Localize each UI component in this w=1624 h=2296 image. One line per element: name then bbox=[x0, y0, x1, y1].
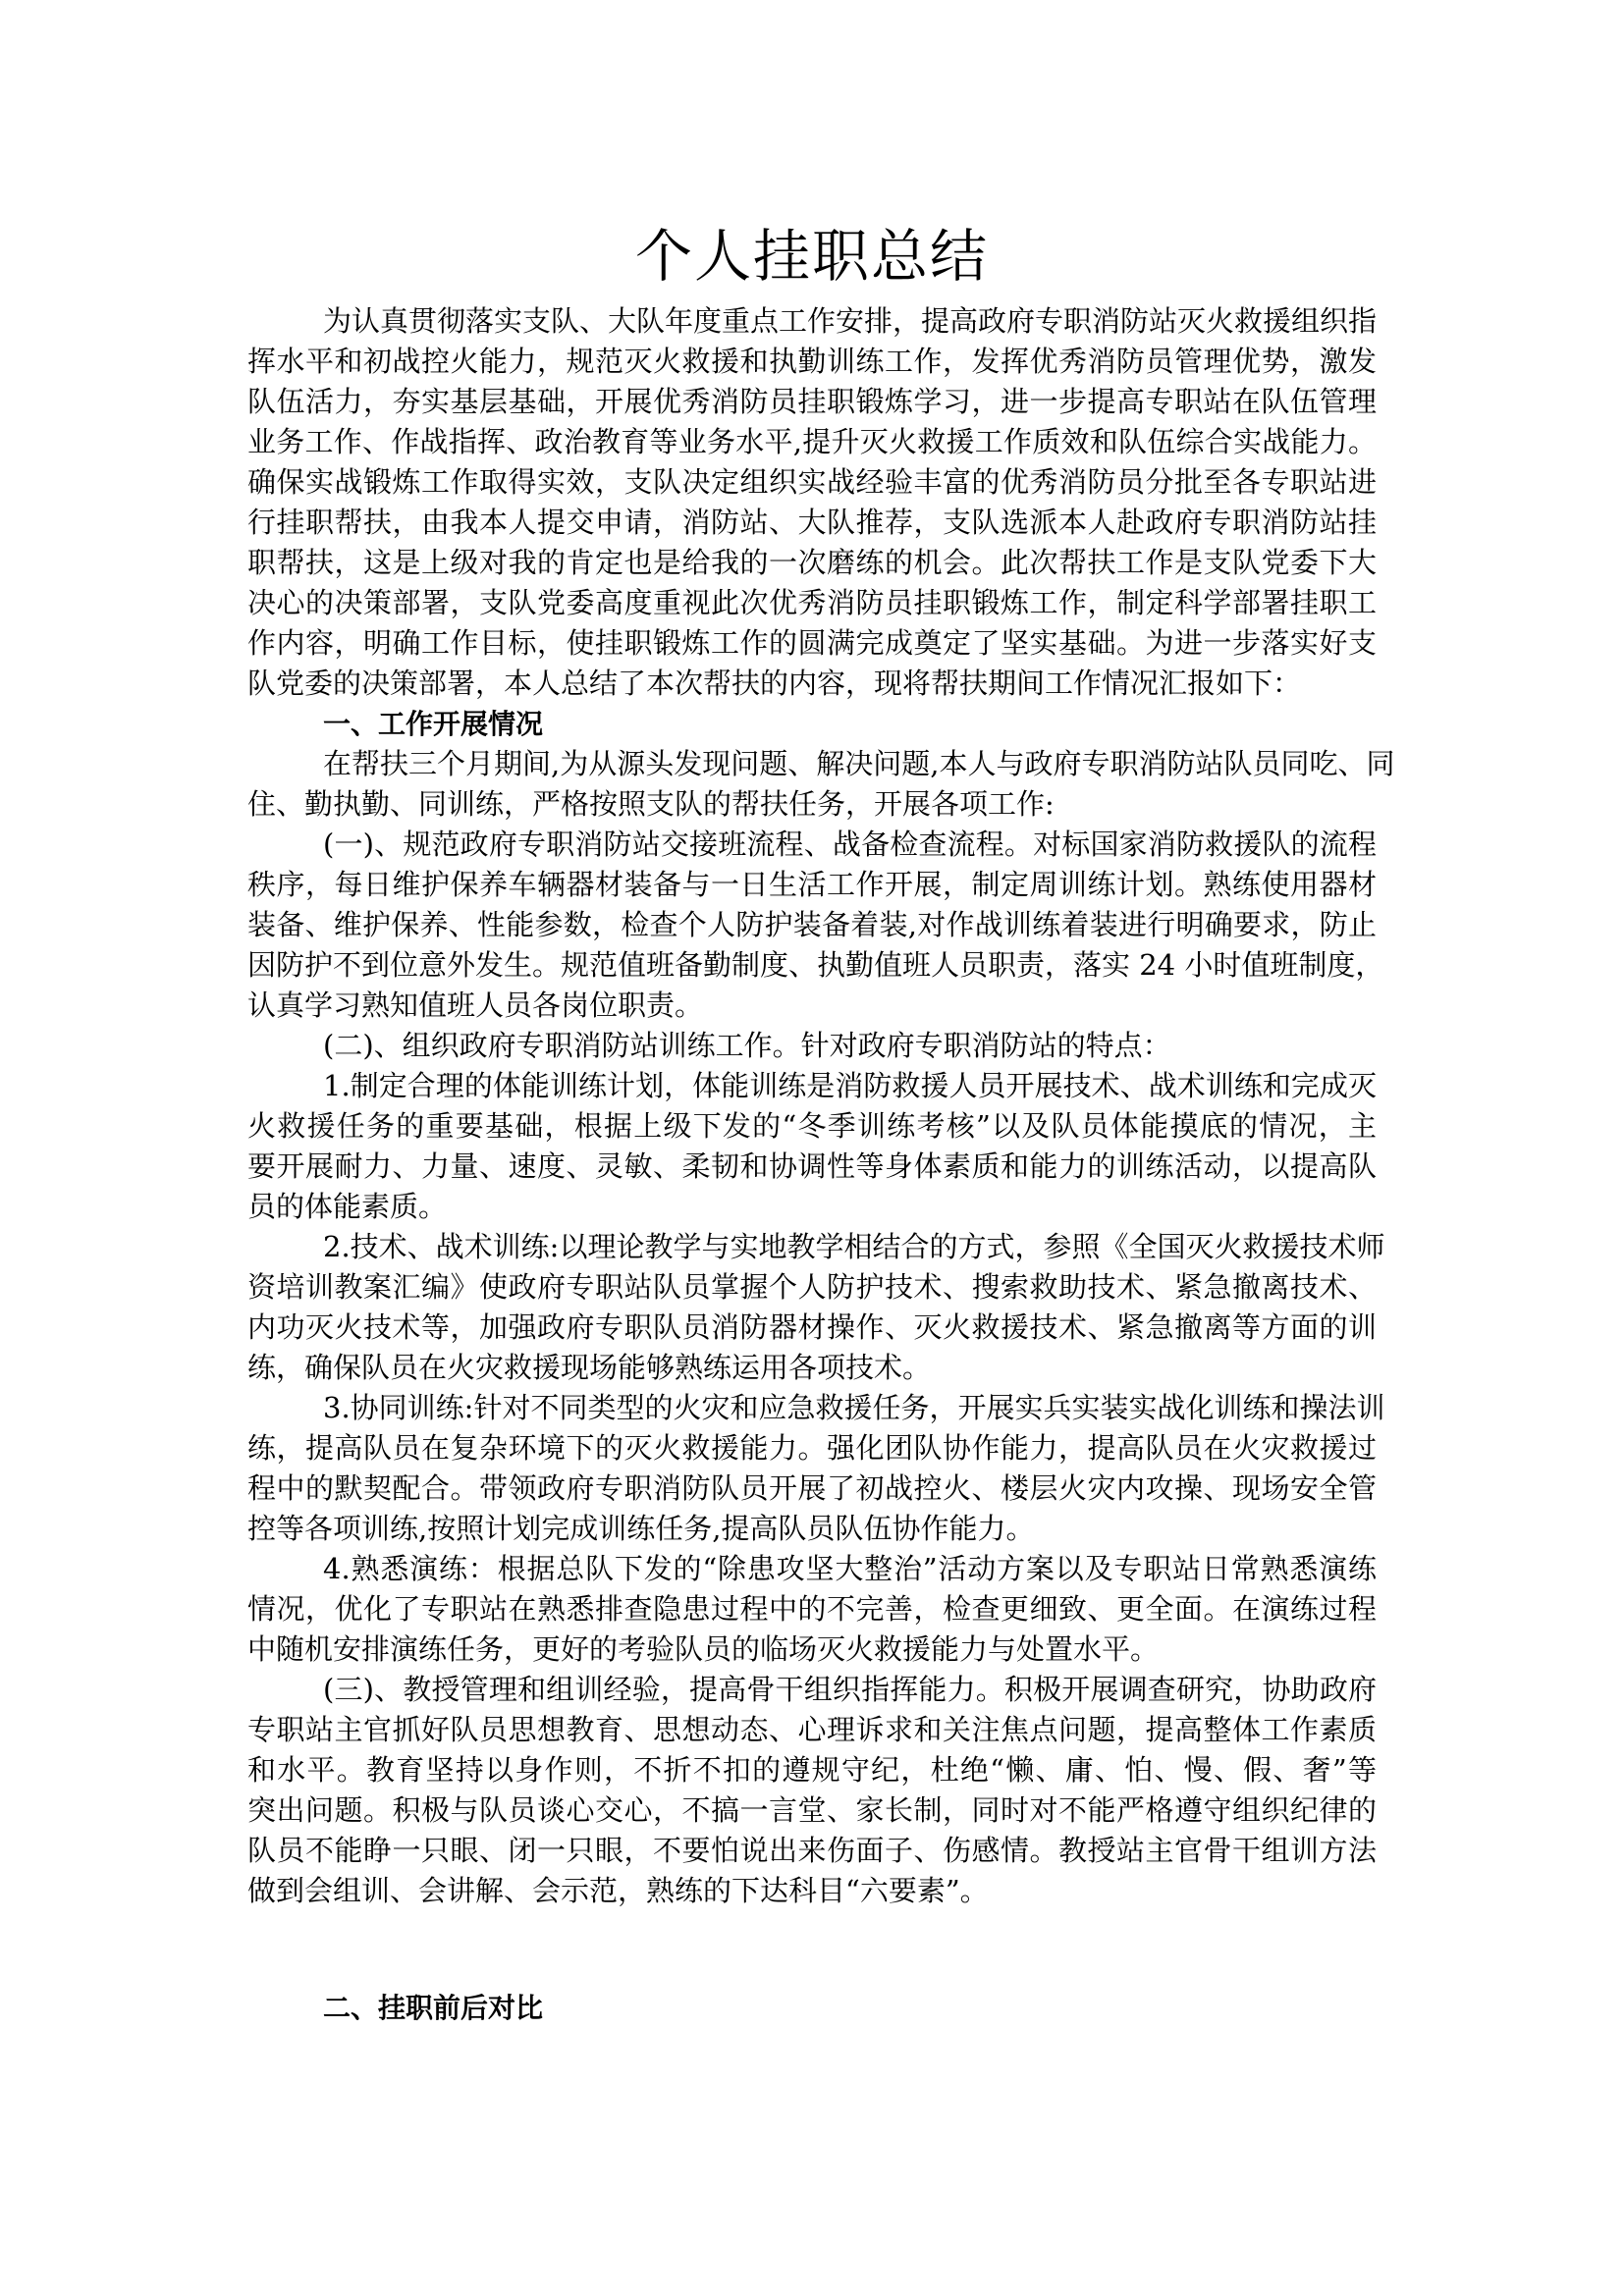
paragraph-line: (三)、教授管理和组训经验，提高骨干组织指挥能力。积极开展调查研究，协助政府 bbox=[323, 1670, 1377, 1710]
paragraph-line: 住、勤执勤、同训练，严格按照支队的帮扶任务，开展各项工作: bbox=[247, 784, 1377, 825]
paragraph-line: 装备、维护保养、性能参数，检查个人防护装备着装,对作战训练着装进行明确要求，防止 bbox=[247, 905, 1377, 945]
paragraph-line: 认真学习熟知值班人员各岗位职责。 bbox=[247, 986, 1377, 1026]
paragraph-line: 在帮扶三个月期间,为从源头发现问题、解决问题,本人与政府专职消防站队员同吃、同 bbox=[323, 744, 1377, 784]
paragraph-line: (二)、组织政府专职消防站训练工作。针对政府专职消防站的特点： bbox=[323, 1026, 1377, 1066]
paragraph-line: 突出问题。积极与队员谈心交心，不搞一言堂、家长制，同时对不能严格遵守组织纪律的 bbox=[247, 1790, 1377, 1831]
paragraph-line: 要开展耐力、力量、速度、灵敏、柔韧和协调性等身体素质和能力的训练活动，以提高队 bbox=[247, 1147, 1377, 1187]
paragraph-line: 中随机安排演练任务，更好的考验队员的临场灭火救援能力与处置水平。 bbox=[247, 1629, 1377, 1670]
paragraph-line: 队党委的决策部署，本人总结了本次帮扶的内容，现将帮扶期间工作情况汇报如下： bbox=[247, 664, 1377, 704]
section-heading-1: 一、工作开展情况 bbox=[323, 704, 1377, 744]
paragraph-line: 挥水平和初战控火能力，规范灭火救援和执勤训练工作，发挥优秀消防员管理优势，激发 bbox=[247, 342, 1377, 382]
paragraph-line: 和水平。教育坚持以身作则，不折不扣的遵规守纪，杜绝“懒、庸、怕、慢、假、奢”等 bbox=[247, 1750, 1377, 1790]
paragraph-line: 为认真贯彻落实支队、大队年度重点工作安排，提高政府专职消防站灭火救援组织指 bbox=[323, 301, 1377, 342]
paragraph-line: 队员不能睁一只眼、闭一只眼，不要怕说出来伤面子、伤感情。教授站主官骨干组训方法 bbox=[247, 1831, 1377, 1871]
paragraph-line: 因防护不到位意外发生。规范值班备勤制度、执勤值班人员职责，落实 24 小时值班制… bbox=[247, 945, 1377, 986]
section-heading-2: 二、挂职前后对比 bbox=[323, 1988, 1377, 2028]
paragraph-line: 作内容，明确工作目标，使挂职锻炼工作的圆满完成奠定了坚实基础。为进一步落实好支 bbox=[247, 623, 1377, 664]
paragraph-line: 资培训教案汇编》使政府专职站队员掌握个人防护技术、搜索救助技术、紧急撤离技术、 bbox=[247, 1267, 1377, 1308]
paragraph-line: 确保实战锻炼工作取得实效，支队决定组织实战经验丰富的优秀消防员分批至各专职站进 bbox=[247, 462, 1377, 503]
paragraph-line: 练，确保队员在火灾救援现场能够熟练运用各项技术。 bbox=[247, 1348, 1377, 1388]
paragraph-line: 1.制定合理的体能训练计划，体能训练是消防救援人员开展技术、战术训练和完成灭 bbox=[323, 1066, 1377, 1106]
paragraph-line: 火救援任务的重要基础，根据上级下发的“冬季训练考核”以及队员体能摸底的情况，主 bbox=[247, 1106, 1377, 1147]
paragraph-line: 控等各项训练,按照计划完成训练任务,提高队员队伍协作能力。 bbox=[247, 1509, 1377, 1549]
paragraph-line: 职帮扶，这是上级对我的肯定也是给我的一次磨练的机会。此次帮扶工作是支队党委下大 bbox=[247, 543, 1377, 583]
paragraph-line: 行挂职帮扶，由我本人提交申请，消防站、大队推荐，支队选派本人赴政府专职消防站挂 bbox=[247, 503, 1377, 543]
paragraph-line: 专职站主官抓好队员思想教育、思想动态、心理诉求和关注焦点问题，提高整体工作素质 bbox=[247, 1710, 1377, 1750]
paragraph-line: 做到会组训、会讲解、会示范，熟练的下达科目“六要素”。 bbox=[247, 1871, 1377, 1911]
paragraph-line: 队伍活力，夯实基层基础，开展优秀消防员挂职锻炼学习，进一步提高专职站在队伍管理 bbox=[247, 382, 1377, 422]
document-title: 个人挂职总结 bbox=[0, 222, 1624, 291]
paragraph-line: 情况，优化了专职站在熟悉排查隐患过程中的不完善，检查更细致、更全面。在演练过程 bbox=[247, 1589, 1377, 1629]
paragraph-line: 练，提高队员在复杂环境下的灭火救援能力。强化团队协作能力，提高队员在火灾救援过 bbox=[247, 1428, 1377, 1468]
paragraph-line: 员的体能素质。 bbox=[247, 1187, 1377, 1227]
paragraph-line: 决心的决策部署，支队党委高度重视此次优秀消防员挂职锻炼工作，制定科学部署挂职工 bbox=[247, 583, 1377, 623]
paragraph-line: 程中的默契配合。带领政府专职消防队员开展了初战控火、楼层火灾内攻操、现场安全管 bbox=[247, 1468, 1377, 1509]
paragraph-line: 内功灭火技术等，加强政府专职队员消防器材操作、灭火救援技术、紧急撤离等方面的训 bbox=[247, 1308, 1377, 1348]
paragraph-line: (一)、规范政府专职消防站交接班流程、战备检查流程。对标国家消防救援队的流程 bbox=[323, 825, 1377, 865]
paragraph-line: 2.技术、战术训练:以理论教学与实地教学相结合的方式，参照《全国灭火救援技术师 bbox=[323, 1227, 1377, 1267]
paragraph-line: 秩序，每日维护保养车辆器材装备与一日生活工作开展，制定周训练计划。熟练使用器材 bbox=[247, 865, 1377, 905]
paragraph-line: 业务工作、作战指挥、政治教育等业务水平,提升灭火救援工作质效和队伍综合实战能力。 bbox=[247, 422, 1377, 462]
paragraph-line: 3.协同训练:针对不同类型的火灾和应急救援任务，开展实兵实装实战化训练和操法训 bbox=[323, 1388, 1377, 1428]
document-page: 个人挂职总结 为认真贯彻落实支队、大队年度重点工作安排，提高政府专职消防站灭火救… bbox=[0, 0, 1624, 2296]
paragraph-line: 4.熟悉演练：根据总队下发的“除患攻坚大整治”活动方案以及专职站日常熟悉演练 bbox=[323, 1549, 1377, 1589]
